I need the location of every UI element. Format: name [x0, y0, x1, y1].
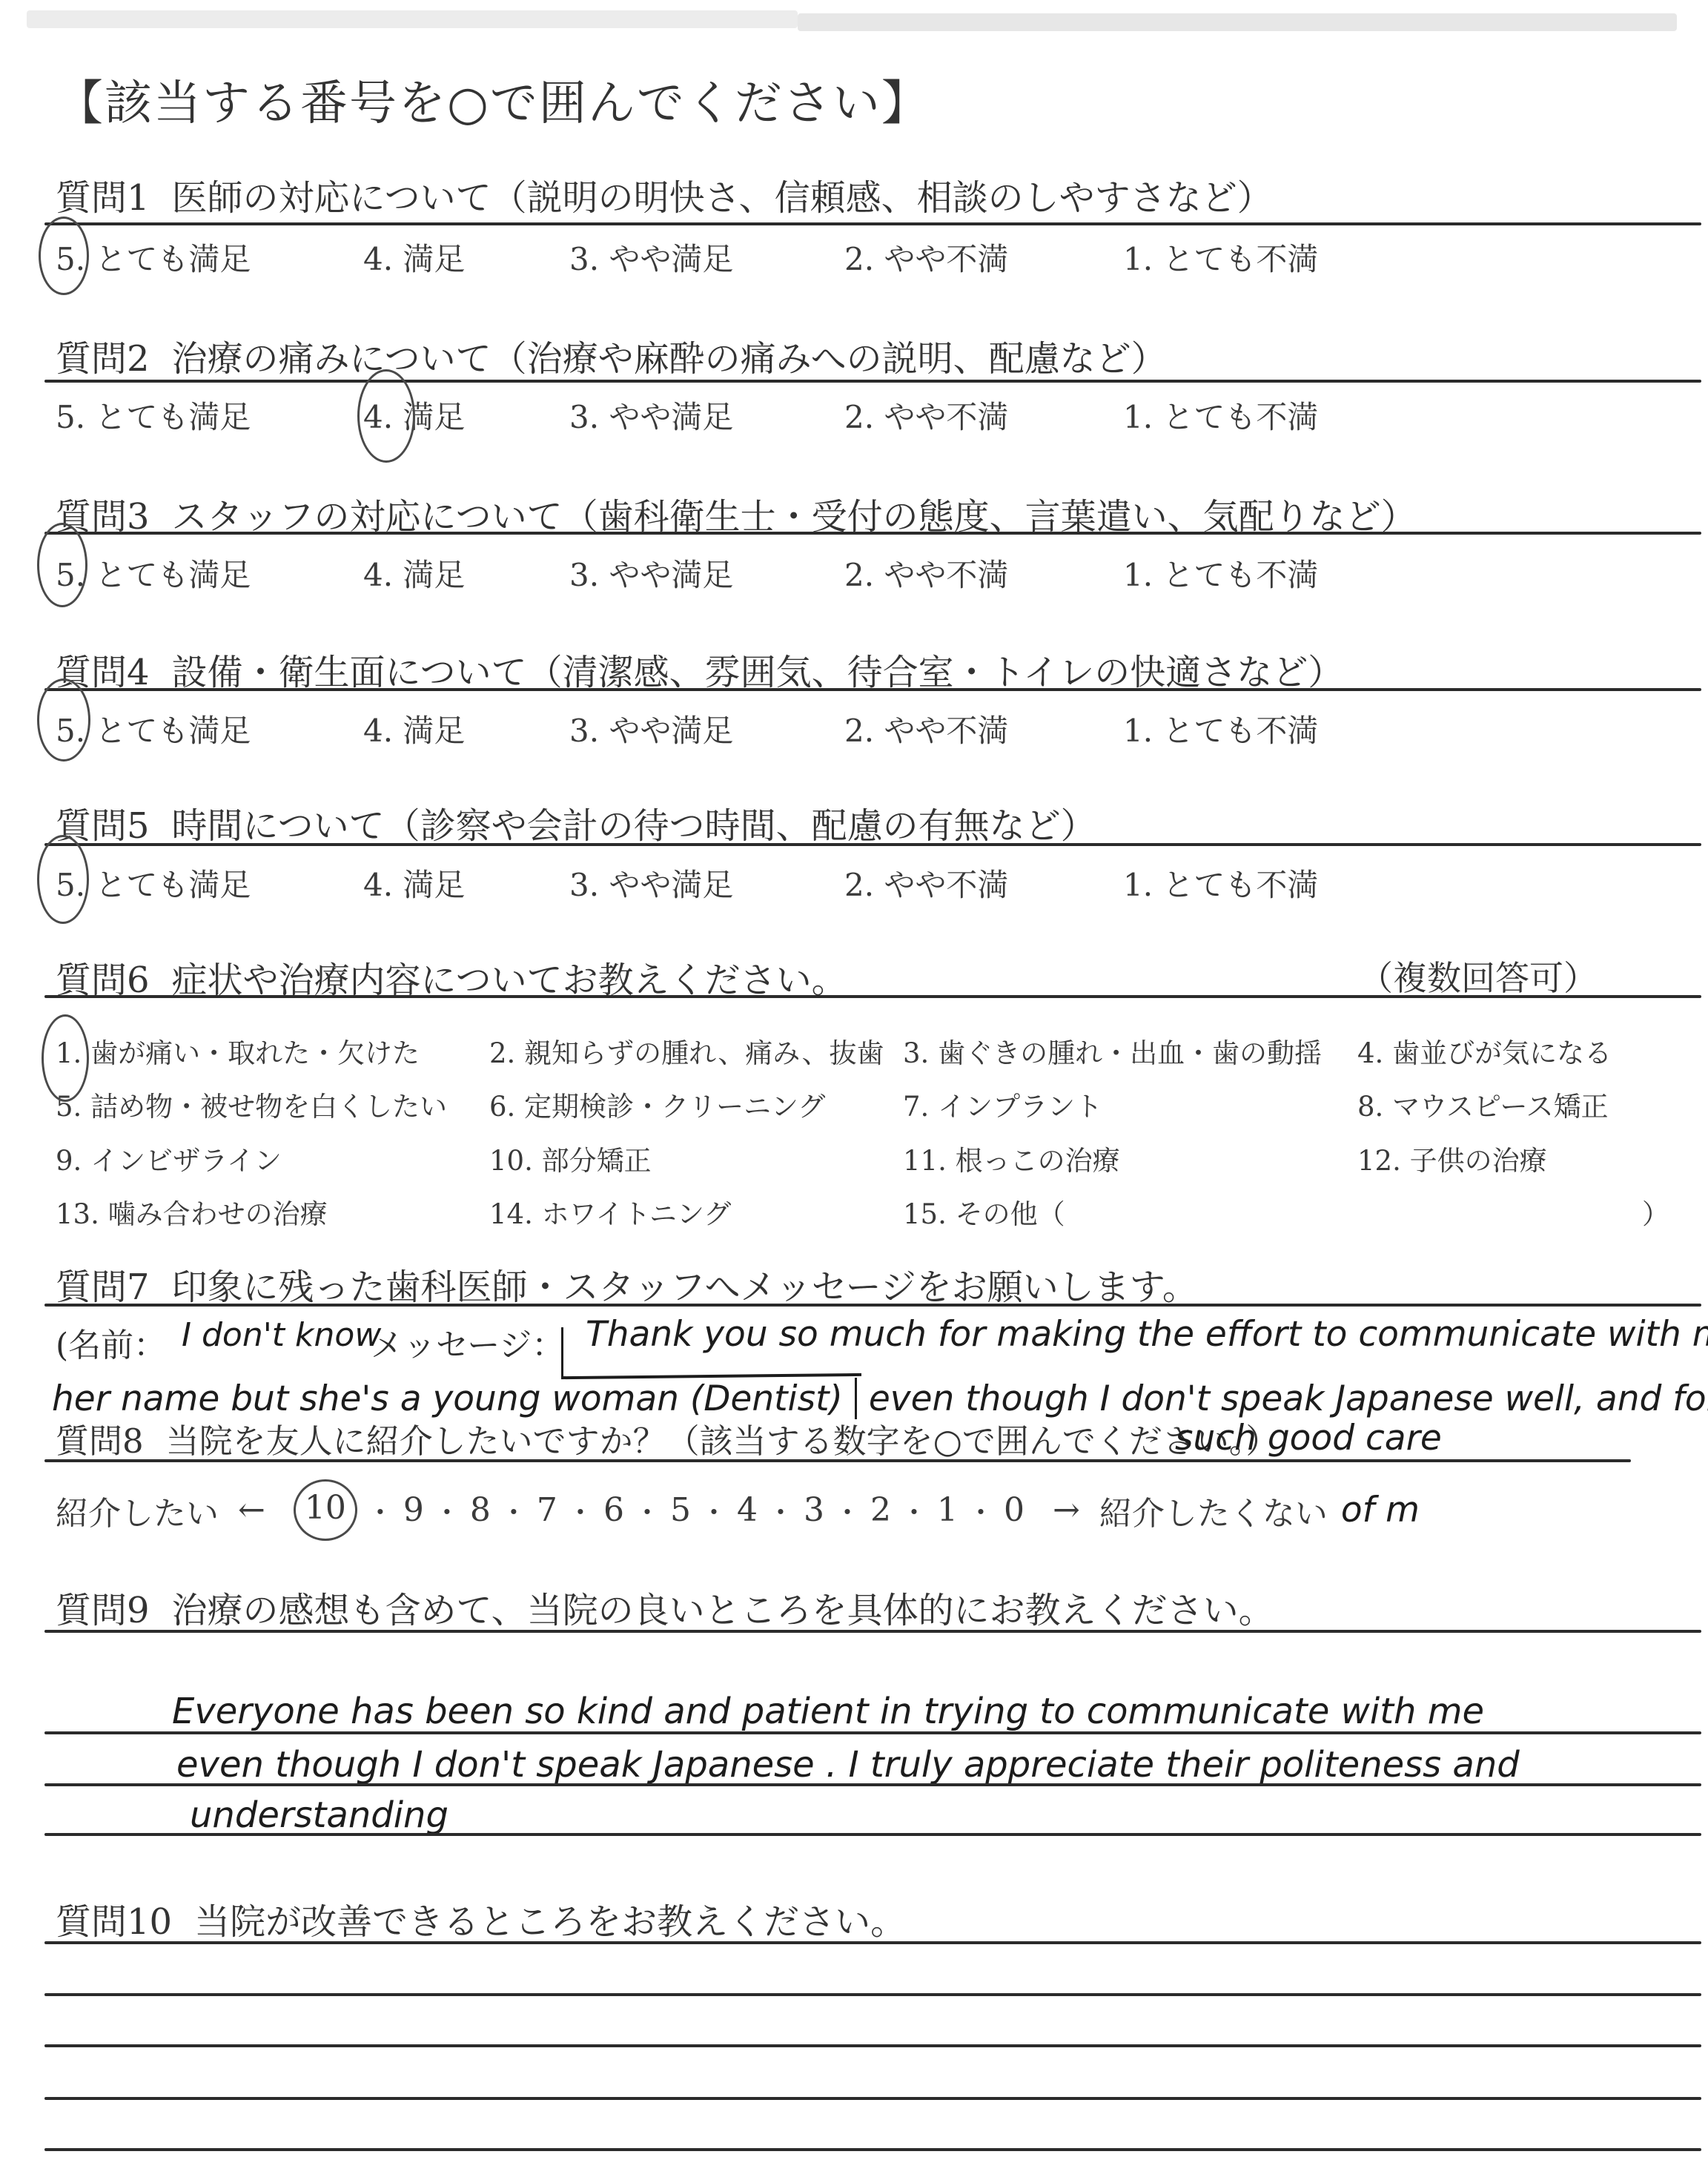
q10-rule-5: [44, 2148, 1701, 2151]
q8-number-6: 6: [603, 1491, 624, 1529]
survey-form-page: 【該当する番号を○で囲んでください】 質問1医師の対応について（説明の明快さ、信…: [0, 0, 1708, 2160]
q1-option-3: 3. やや満足: [569, 235, 733, 280]
q7-message-line2: her name but she's a young woman (Dentis…: [52, 1378, 1708, 1419]
q1-option-2: 2. やや不満: [844, 235, 1008, 280]
q4-option-3: 3. やや満足: [569, 707, 733, 751]
q8-number-10-circled: 10: [294, 1479, 357, 1541]
q7-name-handwritten: I don't know: [182, 1316, 381, 1354]
q2-answer-circle: [357, 369, 415, 463]
q8-number-8: 8: [470, 1491, 491, 1529]
q2-option-5: 5. とても満足: [56, 393, 251, 437]
q9-answer-line1-handwritten: Everyone has been so kind and patient in…: [172, 1691, 1484, 1732]
q7-rule: [44, 1304, 1701, 1307]
q3-rule: [44, 532, 1701, 535]
q9-rule-line2: [44, 1783, 1701, 1786]
q4-answer-circle: [37, 678, 90, 762]
q2-title: 治療の痛みについて（治療や麻酔の痛みへの説明、配慮など）: [172, 338, 1167, 380]
q6-option-15: 15. その他（: [903, 1192, 1065, 1232]
q1-option-4: 4. 満足: [363, 235, 465, 280]
q8-dot: ・: [833, 1490, 861, 1530]
q6-option-11: 11. 根っこの治療: [903, 1138, 1120, 1178]
q6-option-14: 14. ホワイトニング: [489, 1192, 731, 1232]
q8-dot: ・: [900, 1490, 928, 1530]
q8-number-2: 2: [870, 1491, 891, 1529]
q2-option-2: 2. やや不満: [844, 393, 1008, 437]
q9-header: 質問9治療の感想も含めて、当院の良いところを具体的にお教えください。: [56, 1582, 1274, 1633]
q5-header: 質問5時間について（診察や会計の待つ時間、配慮の有無など）: [56, 797, 1096, 848]
q8-label: 質問8: [56, 1421, 144, 1461]
q7-message-prefix: メッセージ：: [371, 1318, 564, 1366]
q10-rule-2: [44, 1993, 1701, 1996]
q8-dot: ・: [500, 1490, 528, 1530]
q6-option-12: 12. 子供の治療: [1357, 1138, 1547, 1178]
q1-title: 医師の対応について（説明の明快さ、信頼感、相談のしやすさなど）: [172, 177, 1273, 219]
q5-option-2: 2. やや不満: [844, 861, 1008, 905]
q2-rule: [44, 380, 1701, 383]
q7-message-line1-handwritten: Thank you so much for making the effort …: [586, 1314, 1708, 1355]
q9-answer-line2-handwritten: even though I don't speak Japanese . I t…: [176, 1744, 1520, 1786]
q1-rule: [44, 222, 1701, 225]
q7-title: 印象に残った歯科医師・スタッフへメッセージをお願いします。: [172, 1266, 1198, 1308]
q6-option-8: 8. マウスピース矯正: [1357, 1084, 1609, 1124]
q8-scale-row: 紹介したい ← 10 ・ 9 ・ 8 ・ 7 ・ 6 ・ 5 ・ 4 ・ 3 ・…: [56, 1479, 1420, 1541]
q7-message-line2a-handwritten: her name but she's a young woman (Dentis…: [52, 1378, 843, 1419]
q8-dot: ・: [433, 1490, 461, 1530]
q10-rule-3: [44, 2044, 1701, 2047]
q1-option-1: 1. とても不満: [1123, 235, 1318, 280]
q3-option-1: 1. とても不満: [1123, 551, 1318, 595]
q9-rule-line3: [44, 1833, 1701, 1836]
q7-name-prefix: (名前：: [56, 1318, 166, 1366]
q6-rule: [44, 995, 1701, 998]
q6-option-9: 9. インビザライン: [56, 1138, 282, 1178]
q3-option-3: 3. やや満足: [569, 551, 733, 595]
q4-option-1: 1. とても不満: [1123, 707, 1318, 751]
q8-dot: ・: [566, 1490, 595, 1530]
q6-option-3: 3. 歯ぐきの腫れ・出血・歯の動揺: [903, 1031, 1322, 1071]
q8-dot: ・: [767, 1490, 795, 1530]
q8-dot: ・: [967, 1490, 995, 1530]
q1-answer-circle: [39, 217, 89, 295]
q2-label: 質問2: [56, 338, 150, 380]
q4-header: 質問4設備・衛生面について（清潔感、雰囲気、待合室・トイレの快適さなど）: [56, 644, 1343, 695]
q7-label: 質問7: [56, 1266, 150, 1308]
q6-answer-circle: [42, 1014, 89, 1102]
q3-option-4: 4. 満足: [363, 551, 465, 595]
q8-dot: ・: [633, 1490, 661, 1530]
q9-rule-line1: [44, 1731, 1701, 1734]
scan-artifact-band: [27, 10, 798, 28]
q4-option-2: 2. やや不満: [844, 707, 1008, 751]
q8-number-1: 1: [937, 1491, 958, 1529]
q8-rule: [44, 1459, 1631, 1462]
q8-right-arrow: →: [1053, 1491, 1080, 1529]
q10-title: 当院が改善できるところをお教えください。: [194, 1901, 906, 1943]
q9-label: 質問9: [56, 1590, 150, 1631]
q8-right-label: 紹介したくない: [1099, 1487, 1328, 1534]
q6-option-10: 10. 部分矯正: [489, 1138, 652, 1178]
q6-multi-answer-note: （複数回答可）: [1359, 951, 1598, 1000]
q10-label: 質問10: [56, 1901, 172, 1943]
q6-option-6: 6. 定期検診・クリーニング: [489, 1084, 825, 1124]
q10-rule-1: [44, 1941, 1701, 1944]
q5-answer-circle: [37, 835, 89, 924]
q2-option-3: 3. やや満足: [569, 393, 733, 437]
q9-rule-header: [44, 1630, 1701, 1633]
q3-option-2: 2. やや不満: [844, 551, 1008, 595]
q6-option-15-close-paren: ）: [1642, 1192, 1669, 1232]
q8-left-label: 紹介したい: [56, 1487, 219, 1534]
q1-header: 質問1医師の対応について（説明の明快さ、信頼感、相談のしやすさなど）: [56, 169, 1273, 220]
q10-rule-4: [44, 2097, 1701, 2100]
q7-message-line2b-handwritten: even though I don't speak Japanese well,…: [869, 1378, 1708, 1419]
q5-option-3: 3. やや満足: [569, 861, 733, 905]
q9-answer-line3-handwritten: understanding: [190, 1794, 448, 1836]
q6-option-13: 13. 噛み合わせの治療: [56, 1192, 328, 1232]
q8-left-arrow: ←: [238, 1491, 265, 1529]
scan-artifact-band: [798, 13, 1677, 31]
q5-option-4: 4. 満足: [363, 861, 465, 905]
q6-option-7: 7. インプラント: [903, 1084, 1102, 1124]
q4-rule: [44, 688, 1701, 691]
q4-title: 設備・衛生面について（清潔感、雰囲気、待合室・トイレの快適さなど）: [172, 652, 1344, 693]
q6-option-4: 4. 歯並びが気になる: [1357, 1031, 1612, 1071]
q8-number-7: 7: [537, 1491, 557, 1529]
q6-option-5: 5. 詰め物・被せ物を白くしたい: [56, 1084, 447, 1124]
form-title: 【該当する番号を○で囲んでください】: [56, 65, 930, 133]
q8-handwritten-suffix: such good care: [1175, 1418, 1442, 1459]
q4-option-4: 4. 満足: [363, 707, 465, 751]
q8-number-0: 0: [1004, 1491, 1025, 1529]
q8-number-9: 9: [403, 1491, 424, 1529]
q5-option-1: 1. とても不満: [1123, 861, 1318, 905]
q3-answer-circle: [37, 523, 87, 607]
q8-title: 当院を友人に紹介したいですか？（該当する数字を○で囲んでください。）: [166, 1421, 1280, 1461]
q8-number-4: 4: [737, 1491, 758, 1529]
q8-dot: ・: [366, 1490, 394, 1530]
q9-title: 治療の感想も含めて、当院の良いところを具体的にお教えください。: [172, 1590, 1274, 1631]
q8-header: 質問8当院を友人に紹介したいですか？（該当する数字を○で囲んでください。）: [56, 1414, 1279, 1462]
q7-header: 質問7印象に残った歯科医師・スタッフへメッセージをお願いします。: [56, 1258, 1198, 1309]
q2-header: 質問2治療の痛みについて（治療や麻酔の痛みへの説明、配慮など）: [56, 330, 1167, 381]
q6-option-1: 1. 歯が痛い・取れた・欠けた: [56, 1031, 420, 1071]
pen-stroke-vertical: [561, 1327, 563, 1378]
q10-header: 質問10当院が改善できるところをお教えください。: [56, 1893, 906, 1944]
q5-rule: [44, 843, 1701, 846]
q1-label: 質問1: [56, 177, 150, 219]
q2-option-1: 1. とても不満: [1123, 393, 1318, 437]
q6-option-2: 2. 親知らずの腫れ、痛み、抜歯: [489, 1031, 884, 1071]
q8-number-3: 3: [804, 1491, 824, 1529]
q8-handwritten-tail: of m: [1341, 1490, 1420, 1530]
q5-title: 時間について（診察や会計の待つ時間、配慮の有無など）: [172, 805, 1096, 847]
q8-dot: ・: [700, 1490, 728, 1530]
pen-stroke-separator: [855, 1378, 857, 1419]
q8-number-5: 5: [670, 1491, 691, 1529]
